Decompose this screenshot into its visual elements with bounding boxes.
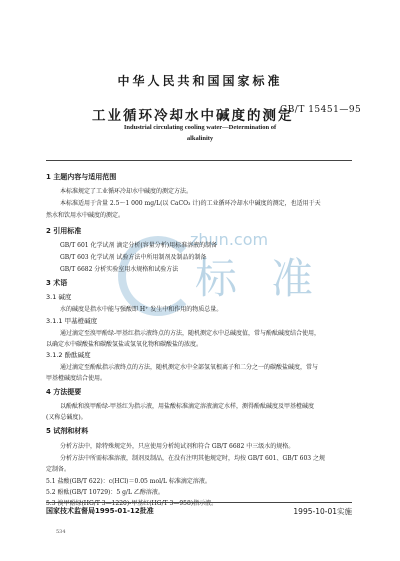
section-3-heading: 3 术语 xyxy=(46,278,67,288)
term-3-1-2: 3.1.2 酚酞碱度 xyxy=(46,350,91,359)
section-1-heading: 1 主题内容与适用范围 xyxy=(46,172,116,182)
term-3-1-1-text: 通过滴定至溴甲酚绿-甲基红指示液终点的方法，随机测定水中总碱度值，常与酚酞碱度结… xyxy=(60,328,320,337)
reagent-item: 5.2 酚酞(GB/T 10729)：5 g/L 乙醇溶液。 xyxy=(46,487,164,496)
footer-divider xyxy=(46,502,352,503)
issuer-heading: 中华人民共和国国家标准 xyxy=(0,72,400,89)
english-title-line1: Industrial circulating cooling water—Det… xyxy=(0,124,400,131)
term-3-1: 3.1 碱度 xyxy=(46,292,71,301)
section-4-para-cont: (又称总碱度)。 xyxy=(46,412,87,421)
section-4-para: 以酚酞和溴甲酚绿-甲基红为指示液，用盐酸标准滴定溶液滴定水样，测得酚酞碱度及甲基… xyxy=(60,401,314,410)
section-2-heading: 2 引用标准 xyxy=(46,226,81,236)
approval-date: 国家技术监督局1995-01-12批准 xyxy=(46,506,154,516)
section-4-heading: 4 方法提要 xyxy=(46,387,81,397)
reagent-item: 5.1 盐酸(GB/T 622)：c(HCl)＝0.05 mol/L 标准滴定溶… xyxy=(46,476,211,485)
term-3-1-text: 水的碱度是指水中能与强酸即 H⁺ 发生中和作用的物质总量。 xyxy=(60,304,222,313)
section-1-para-2: 本标准适用于含量 2.5～1 000 mg/L(以 CaCO₃ 计)的工业循环冷… xyxy=(60,198,321,207)
reference-item: GB/T 601 化学试剂 滴定分析(容量分析)用标准溶液的制备 xyxy=(60,240,217,249)
standard-number: GB/T 15451—95 xyxy=(280,105,361,115)
section-5-para-2-cont: 定制备。 xyxy=(46,464,70,473)
page-number: 534 xyxy=(56,529,66,535)
term-3-1-1-text-cont: 以确定水中碳酸盐和碳酸氢盐或氢氧化物和碳酸盐的浓度。 xyxy=(46,339,202,348)
header-divider xyxy=(46,160,352,161)
section-5-heading: 5 试剂和材料 xyxy=(46,426,88,436)
reference-item: GB/T 603 化学试剂 试验方法中所用制剂及制品的制备 xyxy=(60,252,206,261)
implementation-date: 1995-10-01实施 xyxy=(293,506,352,517)
term-3-1-1: 3.1.1 甲基橙碱度 xyxy=(46,316,97,325)
term-3-1-2-text: 通过滴定至酚酞指示液终点的方法，随机测定水中全部氢氧根离子和二分之一的碳酸盐碱度… xyxy=(60,362,318,371)
section-1-para-2-cont: 然水和饮用水中碱度的测定。 xyxy=(46,210,124,219)
english-title-line2: alkalinity xyxy=(0,135,400,142)
reference-item: GB/T 6682 分析实验室用水规格和试验方法 xyxy=(60,264,178,273)
section-1-para-1: 本标准规定了工业循环冷却水中碱度的测定方法。 xyxy=(60,186,192,195)
watermark-text: 标准 xyxy=(195,246,347,306)
term-3-1-2-text-cont: 甲基橙碱度结合使用。 xyxy=(46,373,106,382)
section-5-para-1: 分析方法中，除特殊规定外，只应使用分析纯试剂和符合 GB/T 6682 中三级水… xyxy=(60,441,294,450)
section-5-para-2: 分析方法中所需标准溶液，制剂及制品，在没有注明其他规定时，均按 GB/T 601… xyxy=(60,453,325,462)
document-title: 工业循环冷却水中碱度的测定 xyxy=(92,104,294,124)
